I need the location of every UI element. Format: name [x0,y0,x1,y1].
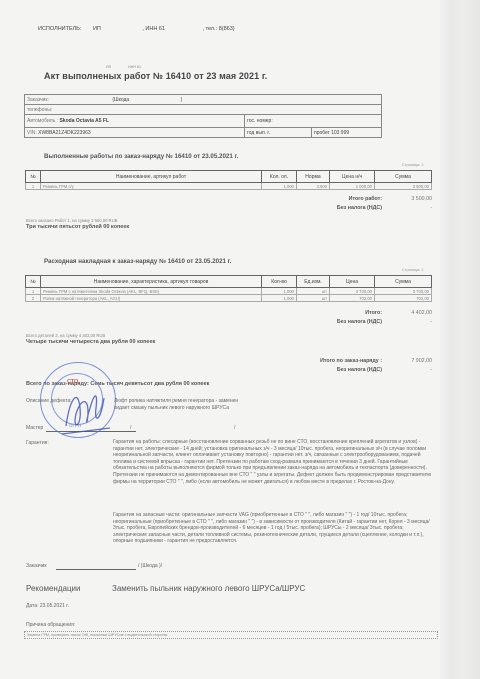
order-total-value: 7 902,00 [390,358,432,364]
col-qty: Кол. оп. [262,171,297,183]
row-sum: 3 500,00 [375,183,432,190]
row-price: 3 700,00 [330,288,375,295]
row-unit: шт [297,288,330,295]
col-name: Наименование, артикул работ [41,171,262,183]
order-tax-value: - [390,367,432,373]
executor-header: ИСПОЛНИТЕЛЬ: ИП , ИНН 61 , тел.: 8(863) [38,26,245,32]
row-name: Ремень ГРМ с/у [41,183,262,190]
row-num: 2 [26,295,41,302]
col-unit: Ед.изм. [297,276,330,288]
order-total-label: Итого по заказ-наряду : [250,358,382,364]
customer-sign-value: / (Шкода )/ [138,563,162,569]
table-row: 1 Ремень ГРМ с натяжителем Skoda Octavia… [26,288,432,295]
executor-inn: , ИНН 61 [142,26,165,32]
parts-tax-label: Без налога (НДС) [290,319,382,325]
sub-inn: ИНН 61 [128,65,141,69]
parts-total-value: 4 402,00 [390,310,432,316]
table-row: 2 Ролик натяжной генератора (AKL, AGU) 1… [26,295,432,302]
row-price: 702,00 [330,295,375,302]
parts-header-row: № Наименование, характеристика, артикул … [26,276,432,288]
master-label: Мастер [26,425,43,431]
car-value: Skoda Octavia A5 FL [59,118,109,124]
parts-table: № Наименование, характеристика, артикул … [25,275,432,302]
warranty-label: Гарантия: [26,440,49,446]
row-name: Ролик натяжной генератора (AKL, AGU) [41,295,262,302]
document-title: Акт выполненых работ № 16410 от 23 мая 2… [44,71,267,81]
customer-value: (Шкода [112,97,129,103]
sub-ip: ИП [106,65,111,69]
customer-sign-label: Заказчик [26,563,47,569]
row-qty: 1,000 [262,288,297,295]
mileage-label: пробег 103 999 [314,130,349,136]
defects-line2: кидает смазку пыльник левого наружного Ш… [114,405,229,411]
year-label: год вып. г. [247,130,270,136]
phones-row: телефоны: [25,105,382,115]
vin-value: XW8BA21Z4DK223963 [38,130,91,136]
col-name: Наименование, характеристика, артикул то… [41,276,262,288]
vin-cell: VIN: XW8BA21Z4DK223963 [25,128,245,138]
works-tax-label: Без налога (НДС) [290,205,382,211]
row-num: 1 [26,183,41,190]
col-price: Цена [330,276,375,288]
parts-total-label: Итого: [290,310,382,316]
signature-icon [58,378,114,438]
col-num: № [26,171,41,183]
row-norm: 3,500 [297,183,330,190]
works-total-label: Итого работ: [290,196,382,202]
car-label: Автомобиль : [27,118,58,124]
executor-label: ИСПОЛНИТЕЛЬ: [38,26,81,32]
car-cell: Автомобиль : Skoda Octavia A5 FL [25,115,245,128]
works-title: Выполненные работы по заказ-наряду № 164… [44,153,238,160]
executor-type: ИП [93,26,101,32]
warranty-works-text: Гарантия на работы: слесарные (восстанов… [113,439,433,485]
master-slash: / [130,425,131,431]
customer-row: Заказчик: (Шкода ) [25,95,382,105]
col-num: № [26,276,41,288]
row-sum: 702,00 [375,295,432,302]
works-summary-words: Три тысячи пятьсот рублей 00 копеек [26,224,129,230]
mileage-cell: пробег 103 999 [312,128,382,138]
col-rate: Цена н/ч [330,171,375,183]
phones-label: телефоны: [27,107,52,113]
row-qty: 1,000 [262,295,297,302]
row-rate: 1 000,00 [330,183,375,190]
order-tax-label: Без налога (НДС) [290,367,382,373]
row-sum: 3 700,00 [375,288,432,295]
parts-title: Расходная накладная к заказ-наряду № 164… [44,258,231,265]
works-summary-small: Всего оказано Работ 1, на сумму 3 500,00… [26,218,117,223]
row-qty: 1,000 [262,183,297,190]
master-slash-end: / [234,425,235,431]
col-sum: Сумма [375,276,432,288]
warranty-parts-text: Гарантия на запасные части: оригинальные… [113,512,433,545]
parts-summary-small: Всего деталей 2, на сумму 4 402,00 RUB [26,333,105,338]
works-total-value: 3 500,00 [390,196,432,202]
works-table: № Наименование, артикул работ Кол. оп. Н… [25,170,432,190]
recommendations-value: Заменить пыльник наружного левого ШРУСа/… [112,584,305,593]
customer-label: Заказчик: [27,97,49,103]
customer-close: ) [181,97,183,103]
sub-executor: ИП ИНН 61 [106,65,141,69]
scan-artifact [440,0,480,679]
col-qty: Кол-во [262,276,297,288]
document-date: Дата: 23.05.2021 г. [26,603,69,609]
parts-tax-value: - [390,319,432,325]
year-cell: год вып. г. [245,128,312,138]
col-sum: Сумма [375,171,432,183]
works-page-label: Страница: 2 [402,163,423,167]
plate-label: гос. номер: [247,118,273,124]
plate-cell: гос. номер: [245,115,382,128]
reason-label: Причина обращения: [26,622,75,628]
executor-phone: , тел.: 8(863) [203,26,235,32]
table-row: 1 Ремень ГРМ с/у 1,000 3,500 1 000,00 3 … [26,183,432,190]
col-norm: Норма [297,171,330,183]
works-header-row: № Наименование, артикул работ Кол. оп. Н… [26,171,432,183]
row-num: 1 [26,288,41,295]
works-tax-value: - [390,205,432,211]
parts-page-label: Страница: 2 [402,268,423,272]
recommendations-label: Рекомендации [26,584,80,593]
customer-info-table: Заказчик: (Шкода ) телефоны: Автомобиль … [24,94,382,138]
row-unit: шт [297,295,330,302]
row-name: Ремень ГРМ с натяжителем Skoda Octavia (… [41,288,262,295]
reason-value: Замена ГРМ, проверить насос ОЖ, пыльники… [24,631,438,639]
customer-sign-line [56,569,136,570]
parts-summary-words: Четыре тысячи четыреста два рубля 00 коп… [26,339,155,345]
defects-line1: Люфт ролика натяжтиля ремня генератора -… [114,398,238,404]
vin-label: VIN: [27,130,37,136]
